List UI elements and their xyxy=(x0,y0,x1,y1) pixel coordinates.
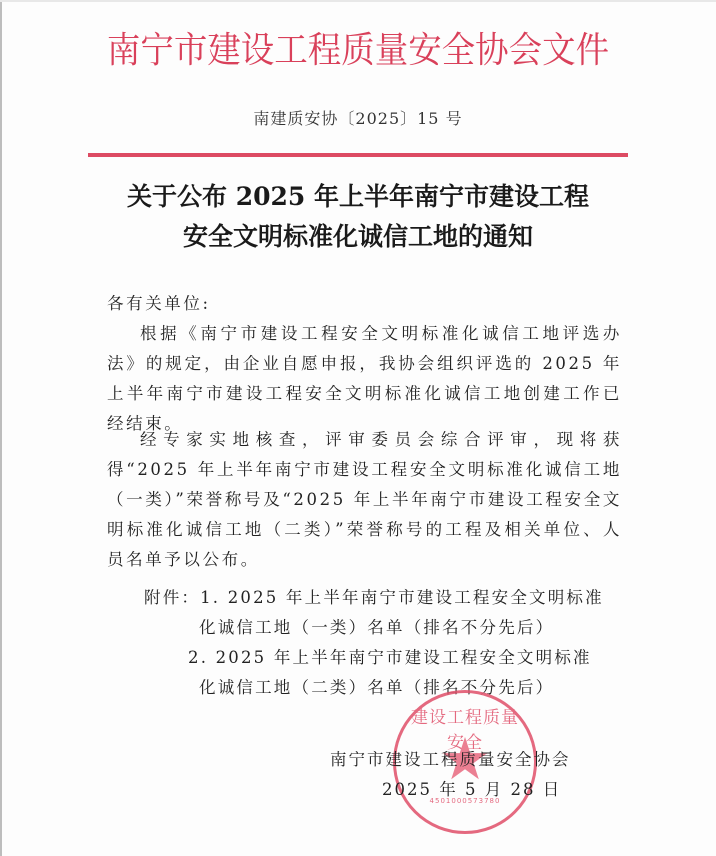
red-divider-rule xyxy=(88,153,628,157)
attachment-item: 附件：1. 2025 年上半年南宁市建设工程安全文明标准 xyxy=(144,583,604,613)
title-line-1: 关于公布 2025 年上半年南宁市建设工程 xyxy=(0,177,716,217)
salutation: 各有关单位: xyxy=(107,289,622,319)
document-number: 南建质安协〔2025〕15 号 xyxy=(0,106,716,129)
paragraph-2: 经专家实地核查，评审委员会综合评审，现将获得“2025 年上半年南宁市建设工程安… xyxy=(107,425,622,575)
paragraph-1: 根据《南宁市建设工程安全文明标准化诚信工地评选办法》的规定，由企业自愿申报，我协… xyxy=(107,319,622,439)
attachment-2-line-2: 化诚信工地（二类）名单（排名不分先后） xyxy=(144,673,604,703)
attachment-1-line-1: 1. 2025 年上半年南宁市建设工程安全文明标准 xyxy=(200,588,604,607)
attachment-2-line-1: 2. 2025 年上半年南宁市建设工程安全文明标准 xyxy=(144,643,604,673)
page-top-edge xyxy=(0,0,716,2)
signature-organization: 南宁市建设工程质量安全协会 xyxy=(330,745,600,775)
document-title: 关于公布 2025 年上半年南宁市建设工程 安全文明标准化诚信工地的通知 xyxy=(0,177,716,257)
attachment-1-line-2: 化诚信工地（一类）名单（排名不分先后） xyxy=(144,613,604,643)
title-line-2: 安全文明标准化诚信工地的通知 xyxy=(0,217,716,257)
signature-block: 南宁市建设工程质量安全协会 2025 年 5 月 28 日 xyxy=(330,745,600,805)
signature-date: 2025 年 5 月 28 日 xyxy=(330,775,600,805)
attachments-label: 附件： xyxy=(144,588,200,607)
attachments-list: 附件：1. 2025 年上半年南宁市建设工程安全文明标准 化诚信工地（一类）名单… xyxy=(144,583,604,703)
org-document-header: 南宁市建设工程质量安全协会文件 xyxy=(25,22,691,73)
